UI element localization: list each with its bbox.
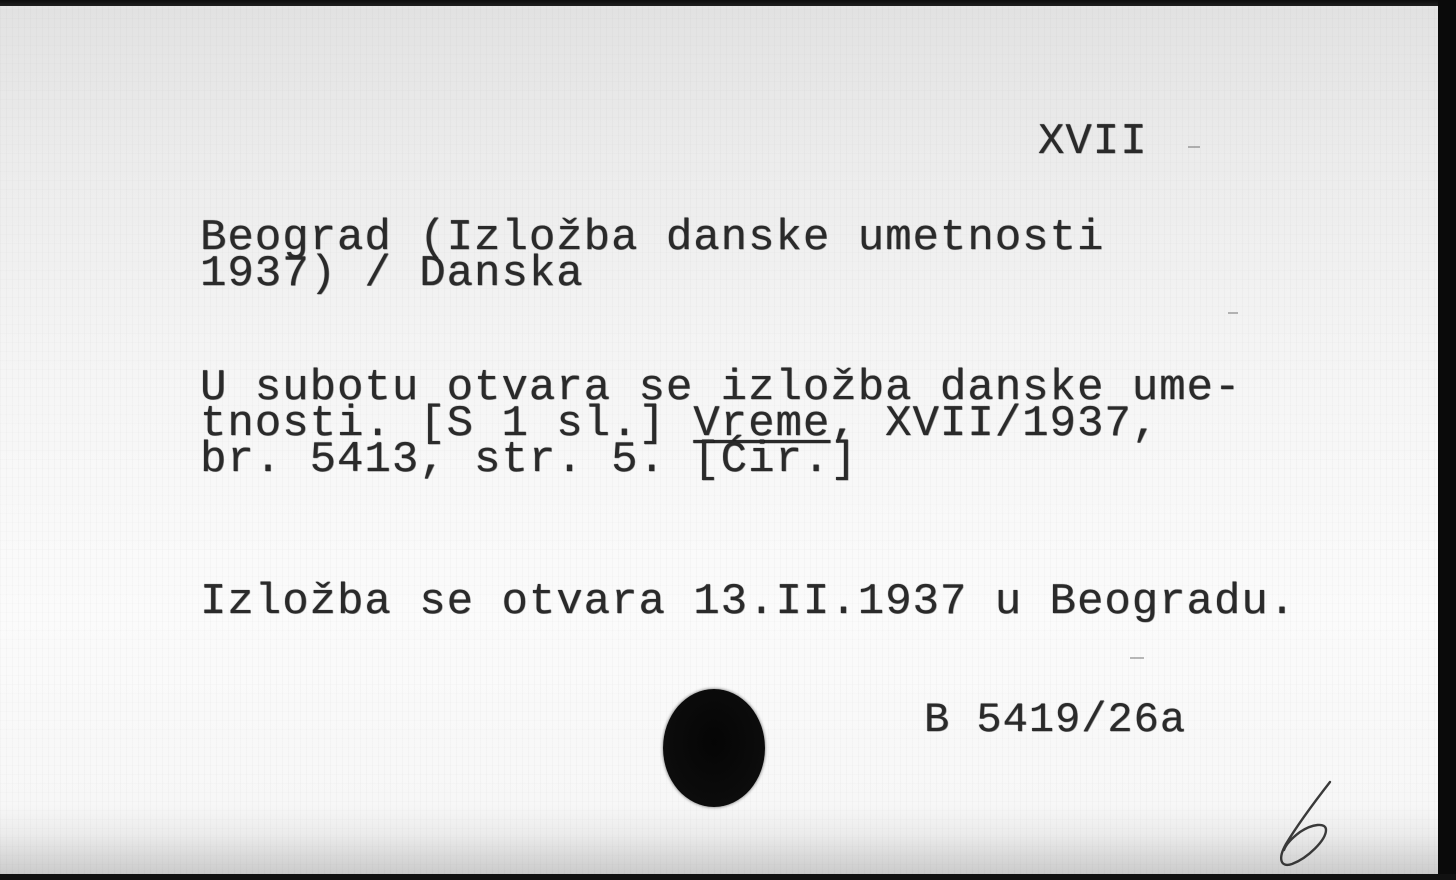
citation-entry: U subotu otvara se izložba danske ume- t… (200, 370, 1241, 478)
stray-mark (1188, 146, 1200, 148)
citation-line-2-suffix: , XVII/1937, (830, 399, 1159, 449)
citation-line-3: br. 5413, str. 5. [Ćir.] (200, 435, 858, 485)
stray-mark (1130, 657, 1144, 659)
subject-heading: Beograd (Izložba danske umetnosti 1937) … (200, 220, 1104, 292)
volume-label: XVII (1038, 124, 1148, 160)
catalog-card: XVII Beograd (Izložba danske umetnosti 1… (0, 6, 1438, 874)
card-right-shadow (1438, 0, 1456, 880)
call-number: B 5419/26a (924, 702, 1186, 738)
punch-hole (663, 689, 765, 807)
exhibition-note: Izložba se otvara 13.II.1937 u Beogradu. (200, 584, 1296, 620)
card-bottom-shadow (0, 874, 1456, 880)
stray-mark (1228, 312, 1238, 314)
subject-heading-line-2: 1937) / Danska (200, 249, 584, 299)
handwritten-numeral-6 (1268, 774, 1348, 874)
